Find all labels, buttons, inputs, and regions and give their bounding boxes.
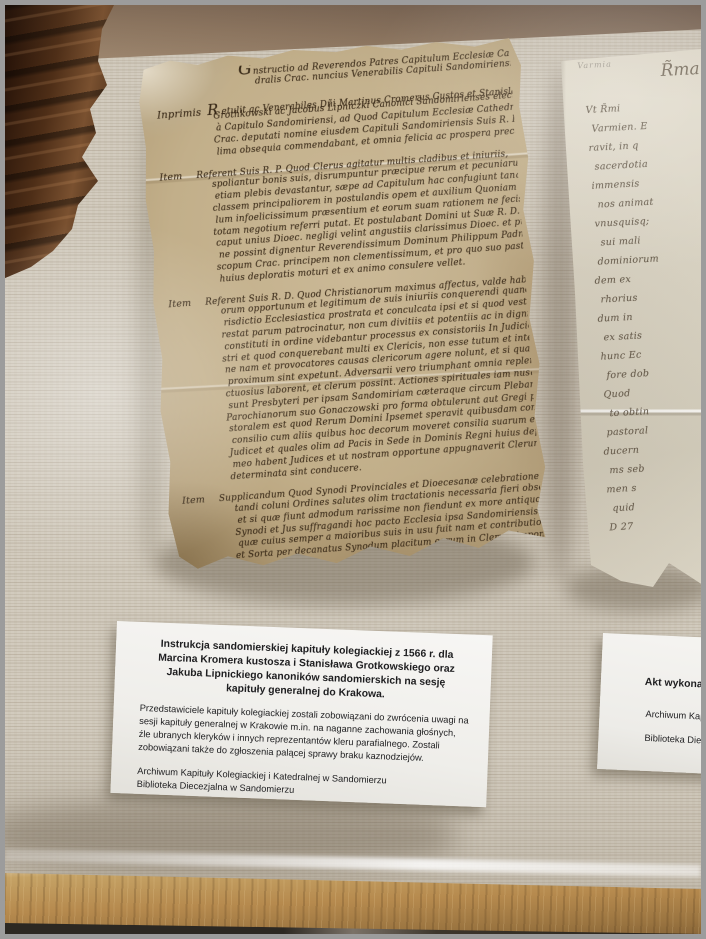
- second-document-script-lines: Vt R̃miVarmien. Eravit, in qsacerdotiaim…: [585, 99, 706, 542]
- museum-display-case-photo: Varmia R̃ma Vt R̃miVarmien. Eravit, in q…: [0, 0, 706, 939]
- paragraph-lead-word: Item: [159, 171, 183, 184]
- exhibit-label-card-right: Akt wykonan Archiwum Kapi Biblioteka Die…: [597, 633, 706, 775]
- parchment-sheet: Gnstructio ad Reverendos Patres Capitulu…: [135, 34, 556, 576]
- exhibit-label-card: Instrukcja sandomierskiej kapituły koleg…: [110, 621, 492, 807]
- paragraph-lead-word: Inprimis: [157, 107, 202, 121]
- paragraph-lead-word: Item: [182, 495, 206, 508]
- right-label-title: Akt wykonan: [645, 677, 706, 691]
- manuscript-document: Gnstructio ad Reverendos Patres Capitulu…: [143, 33, 545, 585]
- right-label-library: Biblioteka Diec: [644, 733, 706, 746]
- paragraph-lead-word: Item: [168, 297, 192, 310]
- ornate-initial: G: [237, 59, 252, 80]
- pencil-annotation: Varmia: [577, 60, 612, 71]
- manuscript-script-text: Gnstructio ad Reverendos Patres Capitulu…: [152, 47, 544, 567]
- right-label-archive: Archiwum Kapi: [645, 709, 706, 722]
- label-description: Przedstawiciele kapituły kolegiackiej zo…: [138, 702, 470, 767]
- ornate-initial-heading: R̃ma: [660, 59, 700, 81]
- label-title: Instrukcja sandomierskiej kapituły koleg…: [140, 637, 472, 706]
